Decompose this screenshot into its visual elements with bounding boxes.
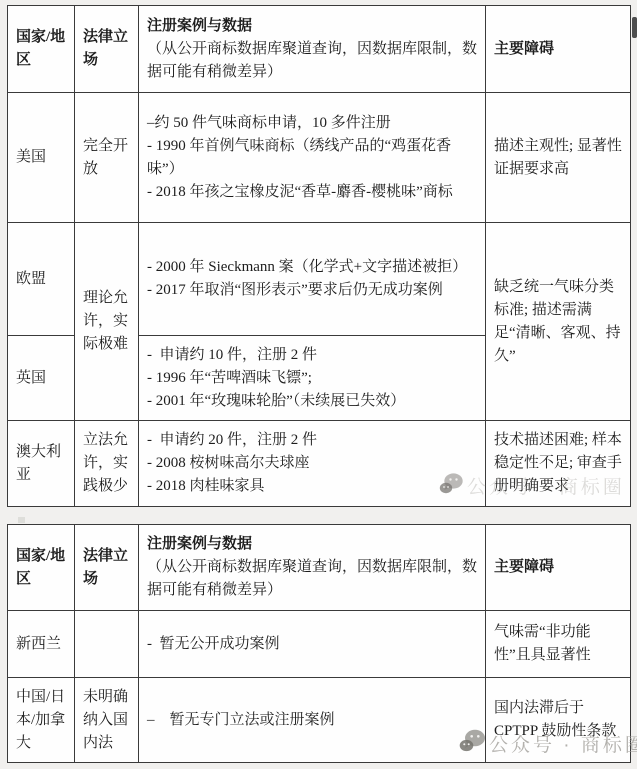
header-country: 国家/地区 [8,6,75,93]
cell-stance-cn-jp-ca: 未明确纳入国内法 [75,678,139,763]
cell-cases-nz: - 暂无公开成功案例 [139,611,486,678]
table-row-australia: 澳大利亚 立法允许，实践极少 - 申请约 20 件，注册 2 件 - 2008 … [8,421,631,507]
cell-cases-usa: –约 50 件气味商标申请，10 多件注册 - 1990 年首例气味商标（绣线产… [139,93,486,223]
scent-trademark-table-1: 国家/地区 法律立场 注册案例与数据 （从公开商标数据库聚道查询，因数据库限制，… [7,5,631,507]
header-cases-title: 注册案例与数据 [147,15,477,38]
case-line: - 2001 年“玫瑰味轮胎”（未续展已失效） [147,390,477,413]
cell-country-usa: 美国 [8,93,75,223]
table-row-new-zealand: 新西兰 - 暂无公开成功案例 气味需“非功能性”且具显著性 [8,611,631,678]
cell-country-australia: 澳大利亚 [8,421,75,507]
cell-cases-cn-jp-ca: – 暂无专门立法或注册案例 [139,678,486,763]
case-line: - 2018 年孩之宝橡皮泥“香草-麝香-樱桃味”商标 [147,181,477,204]
cell-stance-nz [75,611,139,678]
cell-obstacles-australia: 技术描述困难; 样本稳定性不足; 审查手册明确要求 [486,421,631,507]
cell-cases-uk: - 申请约 10 件，注册 2 件 - 1996 年“苦啤酒味飞镖”; - 20… [139,336,486,421]
cell-stance-australia: 立法允许，实践极少 [75,421,139,507]
cell-country-uk: 英国 [8,336,75,421]
case-line: - 申请约 20 件，注册 2 件 [147,429,477,452]
stray-mark [18,517,25,523]
cell-country-nz: 新西兰 [8,611,75,678]
header-cases-title: 注册案例与数据 [147,533,477,556]
table-row-eu: 欧盟 理论允许，实际极难 - 2000 年 Sieckmann 案（化学式+文字… [8,223,631,336]
cell-obstacles-usa: 描述主观性; 显著性证据要求高 [486,93,631,223]
table-row-china-japan-canada: 中国/日本/加拿大 未明确纳入国内法 – 暂无专门立法或注册案例 国内法滞后于 … [8,678,631,763]
case-line: - 暂无公开成功案例 [147,633,477,656]
cell-country-eu: 欧盟 [8,223,75,336]
header-obstacles: 主要障碍 [486,6,631,93]
cell-cases-eu: - 2000 年 Sieckmann 案（化学式+文字描述被拒） - 2017 … [139,223,486,336]
table-header-row: 国家/地区 法律立场 注册案例与数据 （从公开商标数据库聚道查询，因数据库限制，… [8,6,631,93]
header-cases-note: （从公开商标数据库聚道查询，因数据库限制，数据可能有稍微差异） [147,38,477,84]
case-line: - 2008 桉树味高尔夫球座 [147,452,477,475]
case-line: – 暂无专门立法或注册案例 [147,709,477,732]
header-cases-note: （从公开商标数据库聚道查询，因数据库限制，数据可能有稍微差异） [147,556,477,602]
case-line: - 1990 年首例气味商标（绣线产品的“鸡蛋花香味”） [147,135,477,181]
table-header-row: 国家/地区 法律立场 注册案例与数据 （从公开商标数据库聚道查询，因数据库限制，… [8,525,631,611]
header-cases: 注册案例与数据 （从公开商标数据库聚道查询，因数据库限制，数据可能有稍微差异） [139,6,486,93]
case-line: - 2000 年 Sieckmann 案（化学式+文字描述被拒） [147,256,477,279]
case-line: –约 50 件气味商标申请，10 多件注册 [147,112,477,135]
header-country: 国家/地区 [8,525,75,611]
case-line: - 2017 年取消“图形表示”要求后仍无成功案例 [147,279,477,302]
header-stance: 法律立场 [75,525,139,611]
cell-stance-eu-uk: 理论允许，实际极难 [75,223,139,421]
scrollbar-thumb[interactable] [632,17,637,38]
cell-country-cn-jp-ca: 中国/日本/加拿大 [8,678,75,763]
cell-obstacles-cn-jp-ca: 国内法滞后于 CPTPP 鼓励性条款 [486,678,631,763]
header-obstacles: 主要障碍 [486,525,631,611]
scent-trademark-table-2: 国家/地区 法律立场 注册案例与数据 （从公开商标数据库聚道查询，因数据库限制，… [7,524,631,763]
case-line: - 申请约 10 件，注册 2 件 [147,344,477,367]
table-row-usa: 美国 完全开放 –约 50 件气味商标申请，10 多件注册 - 1990 年首例… [8,93,631,223]
cell-obstacles-nz: 气味需“非功能性”且具显著性 [486,611,631,678]
header-cases: 注册案例与数据 （从公开商标数据库聚道查询，因数据库限制，数据可能有稍微差异） [139,525,486,611]
cell-cases-australia: - 申请约 20 件，注册 2 件 - 2008 桉树味高尔夫球座 - 2018… [139,421,486,507]
case-line: - 1996 年“苦啤酒味飞镖”; [147,367,477,390]
header-stance: 法律立场 [75,6,139,93]
cell-stance-usa: 完全开放 [75,93,139,223]
case-line: - 2018 肉桂味家具 [147,475,477,498]
cell-obstacles-eu-uk: 缺乏统一气味分类标准; 描述需满足“清晰、客观、持久” [486,223,631,421]
